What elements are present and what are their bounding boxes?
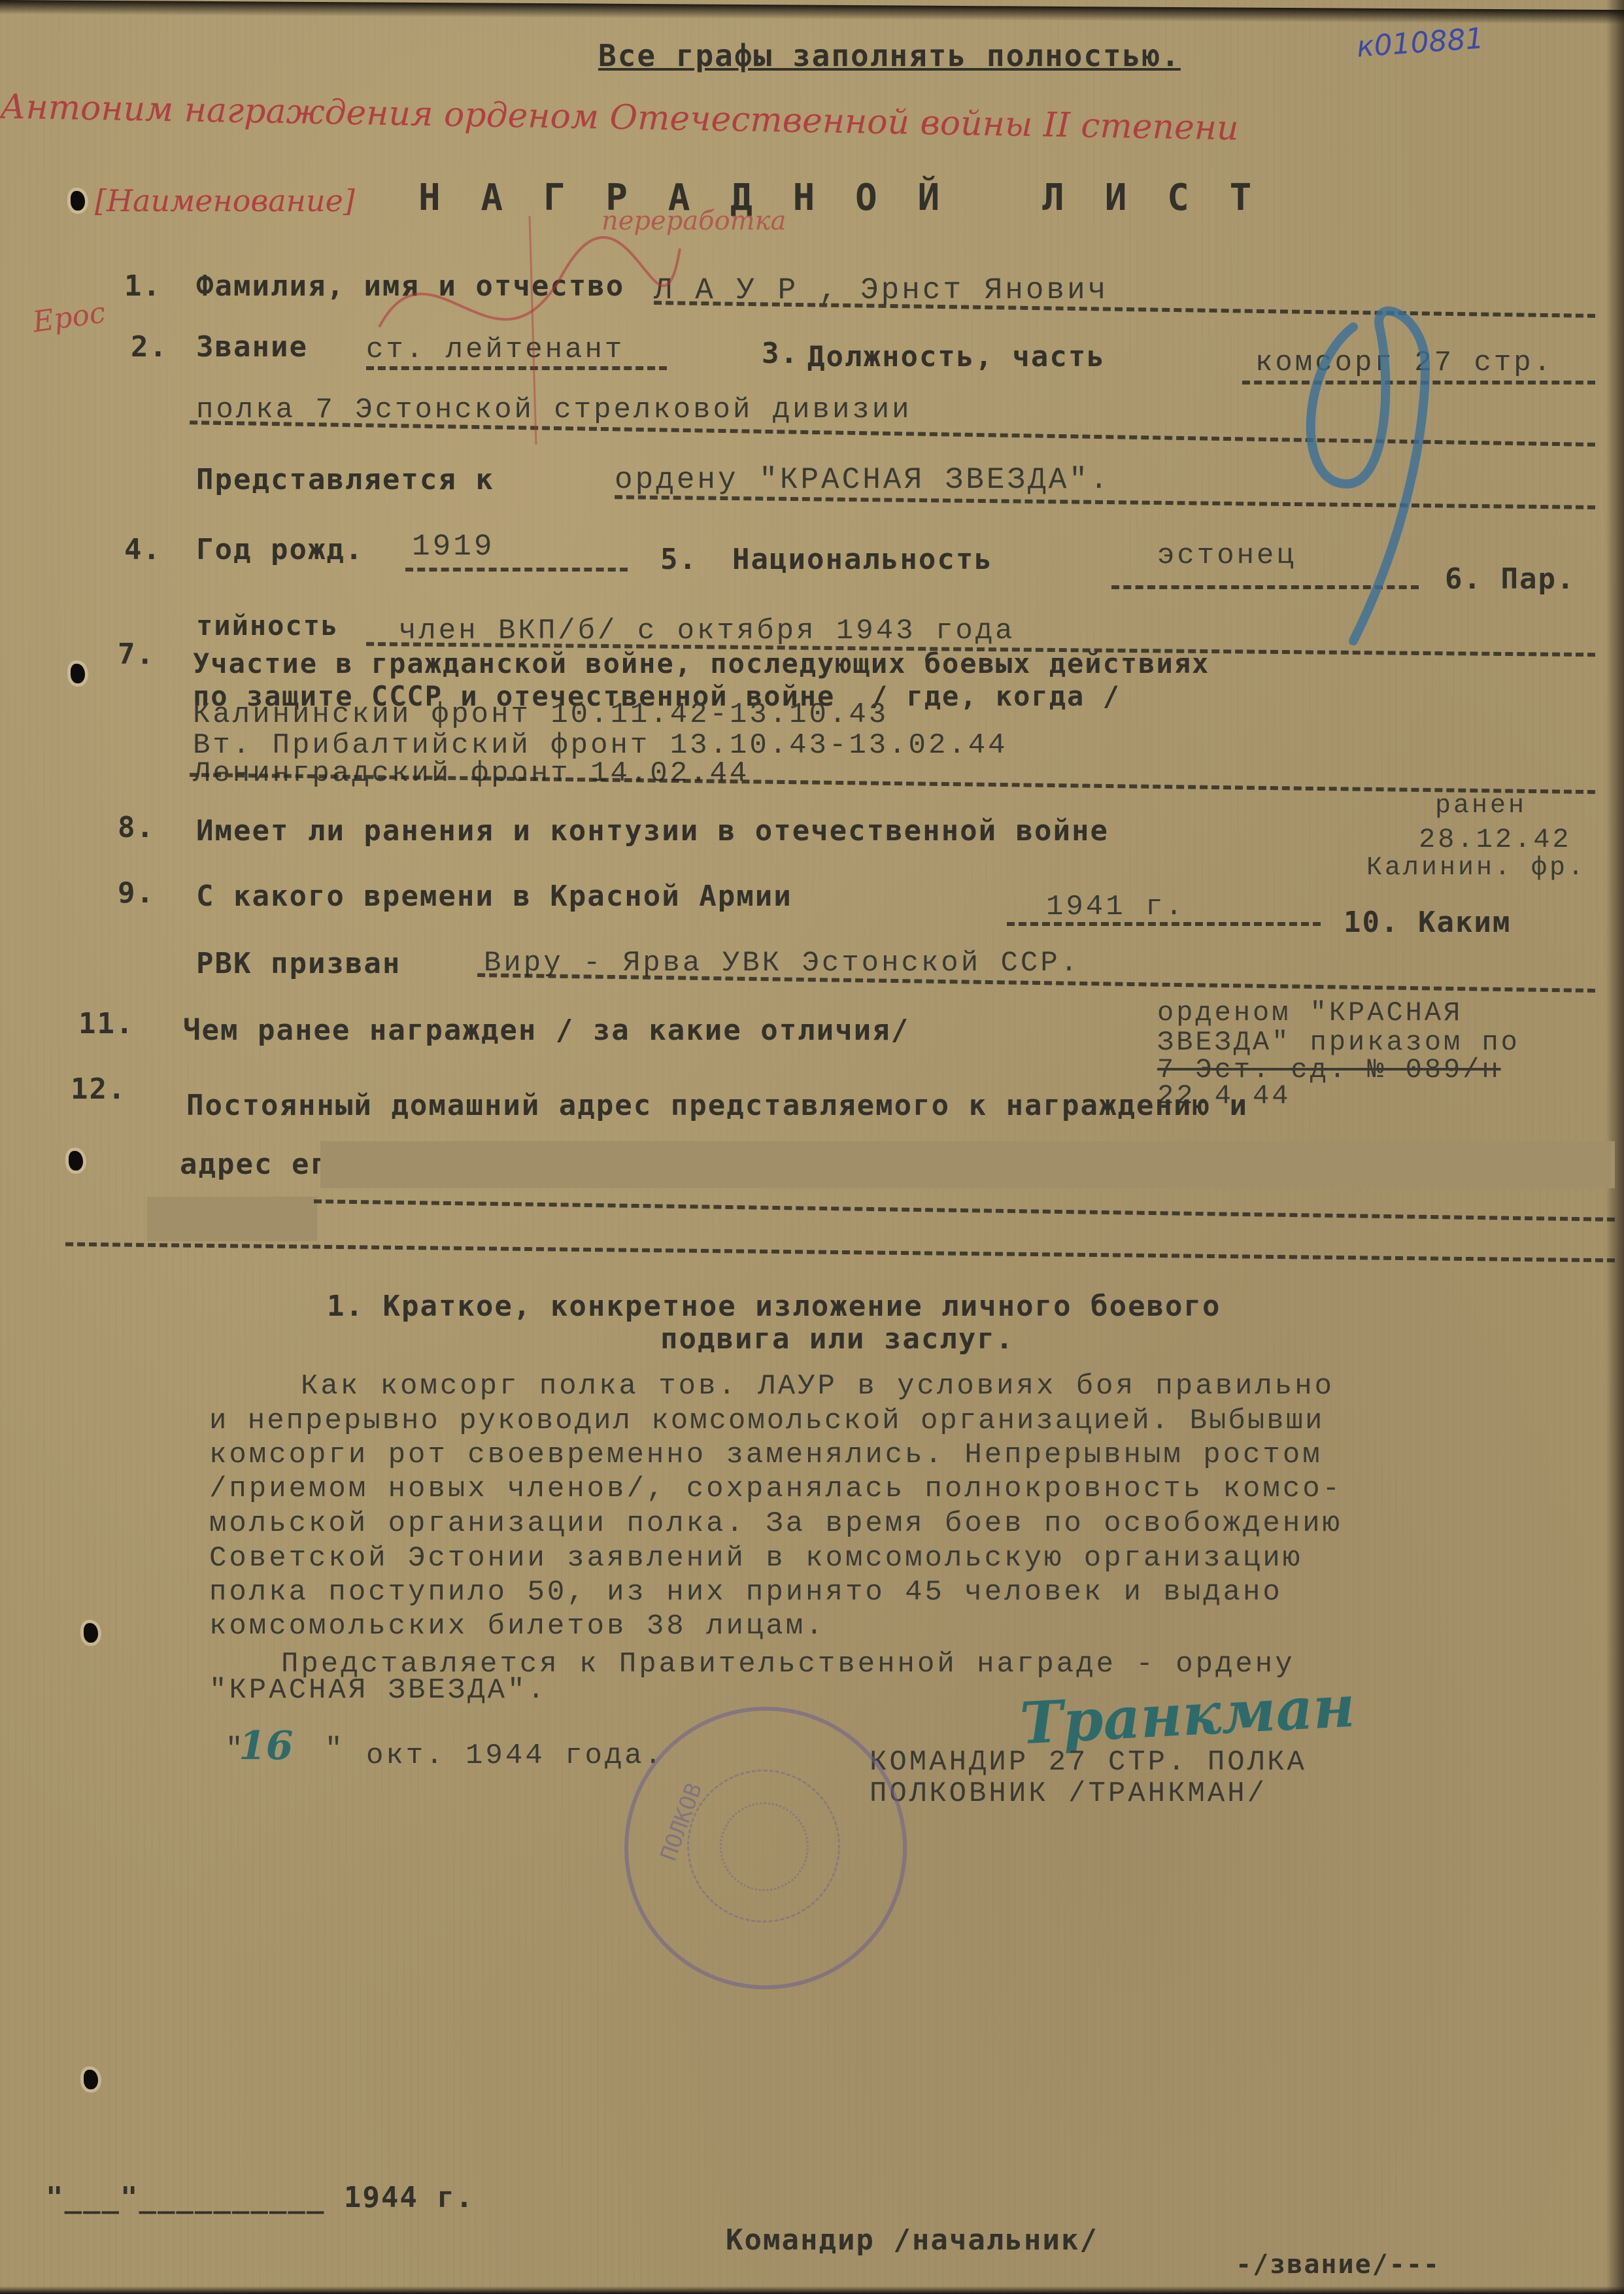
field-12-num: 12. [71,1072,126,1106]
field-2-num: 2. [131,330,168,364]
field-8-value-3: Калинин. фр. [1366,853,1586,883]
field-5-num: 5. [660,543,698,576]
narrative-line: полка поступило 50, из них принято 45 че… [209,1576,1283,1609]
field-10-label: РВК призван [196,947,401,980]
commander-name: ПОЛКОВНИК /ТРАНКМАН/ [870,1777,1267,1810]
field-1-num: 1. [124,269,161,303]
underline [405,568,628,572]
field-8-num: 8. [118,811,155,844]
punch-hole-icon [69,1151,83,1171]
redacted-address-cont [147,1197,317,1241]
field-11-value-1: орденом "КРАСНАЯ [1157,997,1463,1029]
field-5-label: Национальность [732,543,993,576]
field-12-label: Постоянный домашний адрес представляемог… [186,1089,1248,1122]
date-quotes: " " [226,1733,345,1766]
narrative-line: Советской Эстонии заявлений в комсомольс… [209,1542,1302,1575]
underline [1007,922,1321,926]
recommendation-line: "КРАСНАЯ ЗВЕЗДА". [209,1674,547,1707]
field-7-label-line1: Участие в гражданской войне, последующих… [193,647,1210,679]
field-3-num: 3. [762,337,799,370]
narrative-line: /приемом новых членов/, сохранялась полн… [209,1473,1342,1505]
red-annotation-left: [Наименование] [95,183,355,218]
footer-date-blank: "___"__________ 1944 г. [46,2181,474,2214]
narrative-line: мольской организации полка. За время бое… [209,1507,1342,1540]
field-7-front-1: Калининский фронт 10.11.42-13.10.43 [193,698,888,731]
field-9-label: С какого времени в Красной Армии [196,880,792,913]
field-7-num: 7. [118,638,155,671]
field-8-value-1: ранен [1435,791,1527,821]
field-10-num: 10. Каким [1344,906,1511,939]
field-9-num: 9. [118,876,155,910]
section-heading: 1. Краткое, конкретное изложение личного… [327,1290,1221,1323]
field-3-label: Должность, часть [807,340,1106,373]
recommended-value: ордену "КРАСНАЯ ЗВЕЗДА". [615,463,1111,497]
footer-name-blank: -/звание/--- [1236,2250,1440,2280]
redacted-address [320,1141,1615,1188]
narrative-line: комсомольских билетов 38 лицам. [209,1610,826,1643]
field-8-value-2: 28.12.42 [1419,824,1572,855]
field-4-value: 1919 [412,530,494,564]
footer-commander-label: Командир /начальник/ [726,2223,1098,2257]
field-11-num: 11. [78,1007,134,1040]
field-4-label: Год рожд. [196,533,364,566]
narrative-line: комсорги рот своевременно заменялись. Не… [209,1439,1323,1471]
header-note: Все графы заполнять полностью. [598,38,1181,73]
narrative-line: Как комсорг полка тов. ЛАУР в условиях б… [301,1370,1334,1403]
field-4-num: 4. [124,533,161,566]
recommended-label: Представляется к [196,463,494,496]
punch-hole-icon [84,2070,98,2089]
field-11-value-2: ЗВЕЗДА" приказом по [1157,1027,1520,1058]
field-6-label: тийность [196,609,339,642]
date-rest: окт. 1944 года. [366,1739,664,1772]
field-9-value: 1941 г. [1046,891,1185,923]
blue-resolution-mark-icon [1275,288,1471,654]
commander-title: КОМАНДИР 27 СТР. ПОЛКА [870,1746,1307,1779]
scan-bottom-shadow [0,2286,1624,2294]
section-heading-cont: подвига или заслуг. [660,1322,1014,1356]
field-2-label: Звание [196,330,308,364]
narrative-line: и непрерывно руководил комсомольской орг… [209,1405,1324,1437]
red-scribble-icon [366,196,693,458]
regiment-seal-stamp: ПОЛКОВ [624,1707,907,1989]
field-8-label: Имеет ли ранения и контузии в отечествен… [196,814,1109,847]
punch-hole-icon [71,664,85,683]
punch-hole-icon [84,1623,98,1643]
punch-hole-icon [71,191,85,211]
field-11-label: Чем ранее награжден / за какие отличия/ [183,1014,909,1047]
